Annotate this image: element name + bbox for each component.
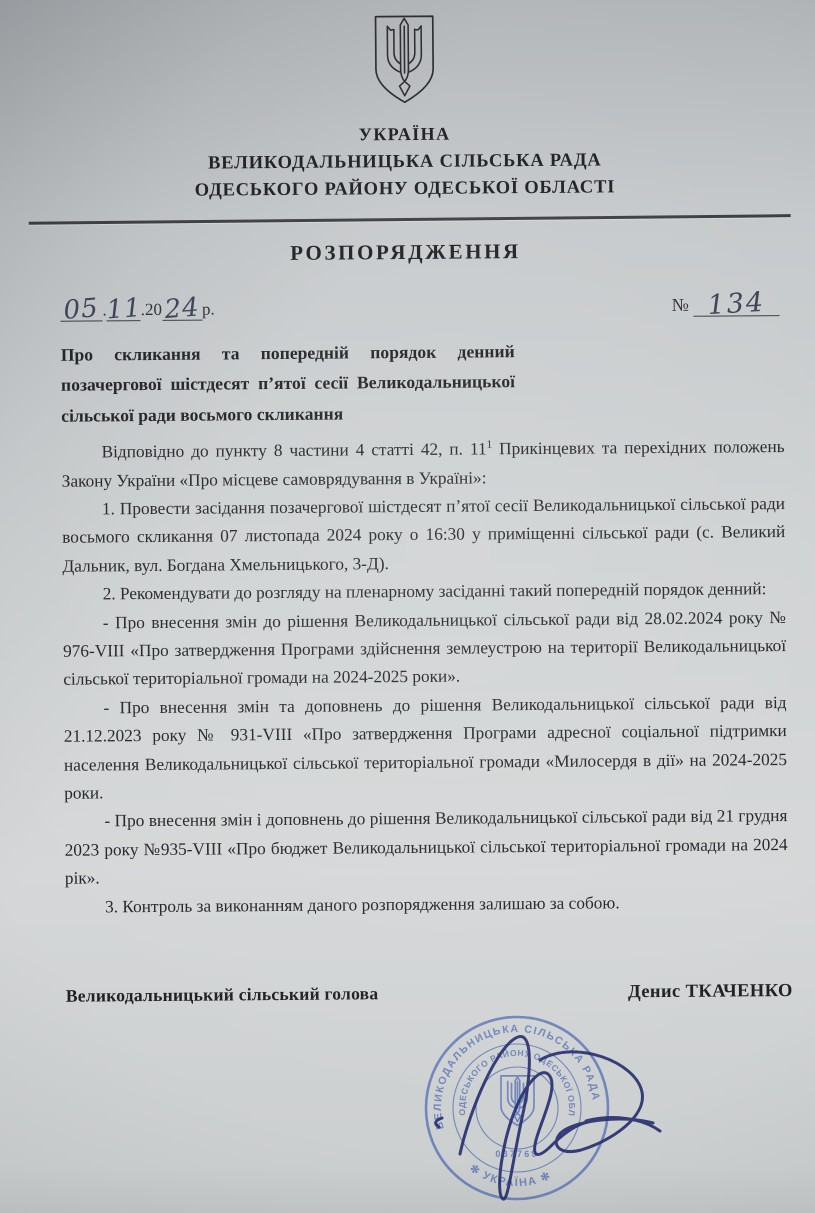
document-number: № 134 [672,288,780,317]
document-title: РОЗПОРЯДЖЕННЯ [0,235,813,267]
signer-position: Великодальницький сільський голова [66,983,379,1006]
trident-emblem-icon [365,13,444,113]
paragraph-agenda-3: - Про внесення змін і доповнень до рішен… [64,802,788,893]
signer-name: Денис ТКАЧЕНКО [628,981,793,1003]
subject-block: Про скликання та попередній порядок денн… [61,336,516,431]
document-page: УКРАЇНА ВЕЛИКОДАЛЬНИЦЬКА СІЛЬСЬКА РАДА О… [0,0,815,1213]
letterhead-divider [29,214,791,224]
region-name: ОДЕСЬКОГО РАЙОНУ ОДЕСЬКОЇ ОБЛАСТІ [0,173,813,206]
handwritten-signature [390,1022,680,1212]
paragraph-agenda-2: - Про внесення змін та доповнень до ріше… [63,689,787,808]
paragraph-item-1: 1. Провести засідання позачергової шістд… [62,490,786,581]
signature-row: Великодальницький сільський голова Денис… [66,980,793,1008]
paragraph-item-3: 3. Контроль за виконанням даного розпоря… [65,888,788,922]
body-text: Відповідно до пункту 8 частини 4 статті … [61,433,788,922]
meta-row: 05.11.2024р. № 134 [60,274,779,322]
paragraph-agenda-1: - Про внесення змін до рішення Великодал… [63,604,787,695]
letterhead: УКРАЇНА ВЕЛИКОДАЛЬНИЦЬКА СІЛЬСЬКА РАДА О… [0,0,813,206]
handwritten-day: 05 [63,295,100,324]
handwritten-number: 134 [707,288,766,318]
document-date: 05.11.2024р. [60,293,214,321]
handwritten-year: 24 [164,294,201,323]
country-name: УКРАЇНА [0,119,812,149]
intro-paragraph: Відповідно до пункту 8 частини 4 статті … [61,433,784,495]
handwritten-month: 11 [106,294,143,323]
